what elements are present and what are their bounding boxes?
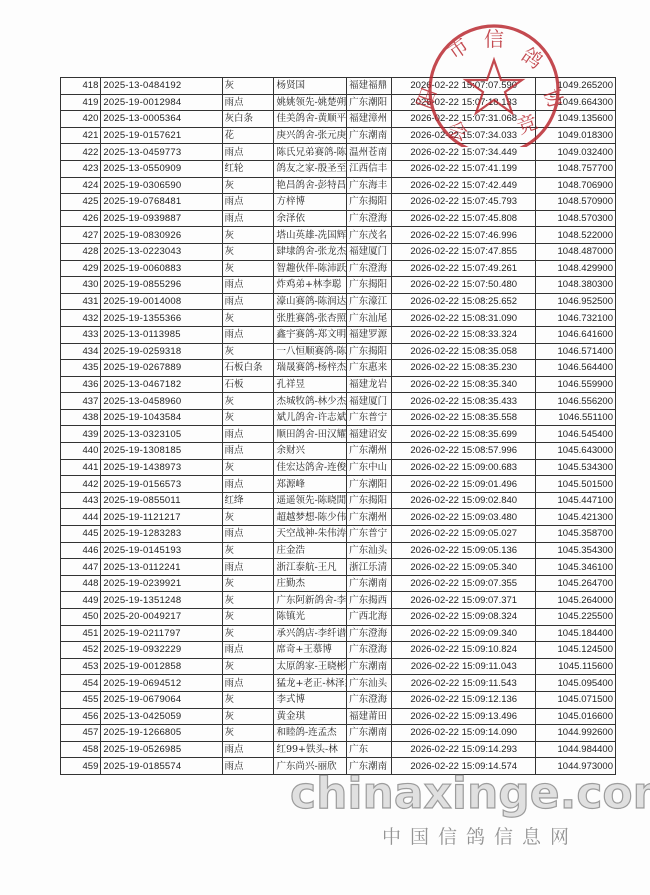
arrival-time-cell: 2026-02-22 15:07:07.590 — [392, 78, 536, 95]
speed-cell: 1045.346100 — [536, 559, 616, 576]
arrival-time-cell: 2026-02-22 15:09:14.293 — [392, 741, 536, 758]
owner-cell: 陈氏兄弟赛鸽-陈宗 — [274, 144, 347, 161]
table-row: 4412025-19-1438973灰佳宏达鸽舍-连俊宏广东中山2026-02-… — [61, 459, 616, 476]
arrival-time-cell: 2026-02-22 15:09:12.136 — [392, 691, 536, 708]
rank-cell: 436 — [61, 376, 101, 393]
arrival-time-cell: 2026-02-22 15:09:08.324 — [392, 609, 536, 626]
speed-cell: 1045.501500 — [536, 476, 616, 493]
owner-cell: 肆埭鸽舍-张龙杰 — [274, 243, 347, 260]
ring-number-cell: 2025-19-0211797 — [101, 625, 222, 642]
ring-number-cell: 2025-19-1308185 — [101, 443, 222, 460]
owner-cell: 瑞晟赛鸽-杨梓杰+ — [274, 360, 347, 377]
arrival-time-cell: 2026-02-22 15:09:05.136 — [392, 542, 536, 559]
plumage-color-cell: 灰 — [222, 243, 274, 260]
plumage-color-cell: 灰 — [222, 708, 274, 725]
table-row: 4352025-19-0267889石板白条瑞晟赛鸽-杨梓杰+广东惠来2026-… — [61, 360, 616, 377]
rank-cell: 439 — [61, 426, 101, 443]
ring-number-cell: 2025-19-0855011 — [101, 492, 222, 509]
table-row: 4422025-19-0156573雨点郑源峰广东潮阳2026-02-22 15… — [61, 476, 616, 493]
owner-cell: 张胜赛鸽-张杏照 — [274, 310, 347, 327]
speed-cell: 1045.643000 — [536, 443, 616, 460]
rank-cell: 420 — [61, 111, 101, 128]
owner-cell: 佳美鸽舍-黄顺平 — [274, 111, 347, 128]
speed-cell: 1045.184400 — [536, 625, 616, 642]
table-row: 4432025-19-0855011红绛遥遥领先-陈晓閒广东揭阳2026-02-… — [61, 492, 616, 509]
ring-number-cell: 2025-19-0526985 — [101, 741, 222, 758]
plumage-color-cell: 灰 — [222, 393, 274, 410]
region-cell: 广东揭阳 — [347, 194, 392, 211]
table-row: 4502025-20-0049217灰陈镇光广西北海2026-02-22 15:… — [61, 609, 616, 626]
table-row: 4182025-13-0484192灰杨贤国福建福鼎2026-02-22 15:… — [61, 78, 616, 95]
plumage-color-cell: 灰 — [222, 459, 274, 476]
owner-cell: 郑源峰 — [274, 476, 347, 493]
region-cell: 广西北海 — [347, 609, 392, 626]
owner-cell: 余泽依 — [274, 210, 347, 227]
plumage-color-cell: 雨点 — [222, 426, 274, 443]
rank-cell: 428 — [61, 243, 101, 260]
region-cell: 福建诏安 — [347, 426, 392, 443]
speed-cell: 1045.358700 — [536, 526, 616, 543]
rank-cell: 438 — [61, 409, 101, 426]
watermark-domain: chinaxinge.com — [290, 768, 650, 819]
plumage-color-cell: 灰 — [222, 725, 274, 742]
rank-cell: 445 — [61, 526, 101, 543]
arrival-time-cell: 2026-02-22 15:08:35.340 — [392, 376, 536, 393]
region-cell: 广东澄海 — [347, 642, 392, 659]
region-cell: 广东惠来 — [347, 360, 392, 377]
table-row: 4202025-13-0005364灰白条佳美鸽舍-黄顺平福建漳州2026-02… — [61, 111, 616, 128]
svg-text:信: 信 — [484, 27, 504, 51]
speed-cell: 1046.545400 — [536, 426, 616, 443]
speed-cell: 1048.522000 — [536, 227, 616, 244]
arrival-time-cell: 2026-02-22 15:07:45.808 — [392, 210, 536, 227]
region-cell: 广东潮南 — [347, 725, 392, 742]
rank-cell: 458 — [61, 741, 101, 758]
rank-cell: 421 — [61, 127, 101, 144]
plumage-color-cell: 雨点 — [222, 210, 274, 227]
table-row: 4302025-19-0855296雨点炸鸡弟+林李聪广东揭阳2026-02-2… — [61, 277, 616, 294]
ring-number-cell: 2025-13-0323105 — [101, 426, 222, 443]
speed-cell: 1045.264700 — [536, 575, 616, 592]
ring-number-cell: 2025-19-0768481 — [101, 194, 222, 211]
owner-cell: 杨贤国 — [274, 78, 347, 95]
table-row: 4552025-19-0679064灰李式博广东澄海2026-02-22 15:… — [61, 691, 616, 708]
speed-cell: 1046.952500 — [536, 293, 616, 310]
arrival-time-cell: 2026-02-22 15:07:45.793 — [392, 194, 536, 211]
rank-cell: 430 — [61, 277, 101, 294]
ring-number-cell: 2025-19-1121217 — [101, 509, 222, 526]
table-row: 4522025-19-0932229雨点席奇+王慕博广东澄海2026-02-22… — [61, 642, 616, 659]
svg-text:鸽: 鸽 — [517, 42, 547, 73]
region-cell: 广东潮阳 — [347, 94, 392, 111]
plumage-color-cell: 灰 — [222, 609, 274, 626]
plumage-color-cell: 花 — [222, 127, 274, 144]
arrival-time-cell: 2026-02-22 15:09:02.840 — [392, 492, 536, 509]
rank-cell: 424 — [61, 177, 101, 194]
speed-cell: 1049.265200 — [536, 78, 616, 95]
svg-text:市: 市 — [443, 33, 473, 64]
speed-cell: 1048.380300 — [536, 277, 616, 294]
arrival-time-cell: 2026-02-22 15:09:11.043 — [392, 658, 536, 675]
region-cell: 广东潮南 — [347, 658, 392, 675]
region-cell: 广东揭阳 — [347, 343, 392, 360]
rank-cell: 453 — [61, 658, 101, 675]
region-cell: 福建厦门 — [347, 393, 392, 410]
owner-cell: 艳昌鸽舍-彭特昌 — [274, 177, 347, 194]
plumage-color-cell: 雨点 — [222, 642, 274, 659]
speed-cell: 1045.016600 — [536, 708, 616, 725]
speed-cell: 1048.429900 — [536, 260, 616, 277]
arrival-time-cell: 2026-02-22 15:07:31.068 — [392, 111, 536, 128]
table-row: 4482025-19-0239921灰庄勤杰广东潮南2026-02-22 15:… — [61, 575, 616, 592]
table-row: 4252025-19-0768481雨点方梓博广东揭阳2026-02-22 15… — [61, 194, 616, 211]
ring-number-cell: 2025-19-0012858 — [101, 658, 222, 675]
region-cell: 浙江乐清 — [347, 559, 392, 576]
speed-cell: 1049.032400 — [536, 144, 616, 161]
ring-number-cell: 2025-19-0156573 — [101, 476, 222, 493]
speed-cell: 1046.564400 — [536, 360, 616, 377]
owner-cell: 庚兴鸽舍-张元庚 — [274, 127, 347, 144]
speed-cell: 1048.570900 — [536, 194, 616, 211]
region-cell: 广东潮州 — [347, 509, 392, 526]
arrival-time-cell: 2026-02-22 15:09:13.496 — [392, 708, 536, 725]
watermark-site-name: 中国信鸽信息网 — [382, 822, 578, 849]
region-cell: 广东澄海 — [347, 210, 392, 227]
table-row: 4392025-13-0323105雨点顺田鸽舍-田汉耀福建诏安2026-02-… — [61, 426, 616, 443]
region-cell: 广东汕头 — [347, 542, 392, 559]
owner-cell: 浙江泰航-王凡 — [274, 559, 347, 576]
rank-cell: 459 — [61, 758, 101, 775]
arrival-time-cell: 2026-02-22 15:07:47.855 — [392, 243, 536, 260]
table-row: 4472025-13-0112241雨点浙江泰航-王凡浙江乐清2026-02-2… — [61, 559, 616, 576]
arrival-time-cell: 2026-02-22 15:09:10.824 — [392, 642, 536, 659]
owner-cell: 庄勤杰 — [274, 575, 347, 592]
speed-cell: 1049.135600 — [536, 111, 616, 128]
ring-number-cell: 2025-13-0458960 — [101, 393, 222, 410]
table-row: 4562025-13-0425059灰黄金琪福建莆田2026-02-22 15:… — [61, 708, 616, 725]
speed-cell: 1045.124500 — [536, 642, 616, 659]
plumage-color-cell: 雨点 — [222, 326, 274, 343]
table-row: 4372025-13-0458960灰杰城牧鸽-林少杰+福建厦门2026-02-… — [61, 393, 616, 410]
speed-cell: 1045.354300 — [536, 542, 616, 559]
plumage-color-cell: 灰 — [222, 542, 274, 559]
speed-cell: 1049.018300 — [536, 127, 616, 144]
ring-number-cell: 2025-19-0157621 — [101, 127, 222, 144]
rank-cell: 440 — [61, 443, 101, 460]
plumage-color-cell: 雨点 — [222, 144, 274, 161]
arrival-time-cell: 2026-02-22 15:09:07.355 — [392, 575, 536, 592]
owner-cell: 和睦鸽-连孟杰 — [274, 725, 347, 742]
plumage-color-cell: 灰 — [222, 575, 274, 592]
rank-cell: 433 — [61, 326, 101, 343]
arrival-time-cell: 2026-02-22 15:07:34.033 — [392, 127, 536, 144]
rank-cell: 423 — [61, 160, 101, 177]
rank-cell: 442 — [61, 476, 101, 493]
rank-cell: 449 — [61, 592, 101, 609]
region-cell: 广东潮南 — [347, 127, 392, 144]
plumage-color-cell: 灰 — [222, 592, 274, 609]
region-cell: 广东汕头 — [347, 675, 392, 692]
table-row: 4382025-19-1043584灰斌儿鸽舍-许志斌+广东普宁2026-02-… — [61, 409, 616, 426]
owner-cell: 猛龙+老正-林泽斯 — [274, 675, 347, 692]
ring-number-cell: 2025-13-0112241 — [101, 559, 222, 576]
rank-cell: 446 — [61, 542, 101, 559]
speed-cell: 1045.447100 — [536, 492, 616, 509]
owner-cell: 孔祥昱 — [274, 376, 347, 393]
plumage-color-cell: 灰 — [222, 227, 274, 244]
table-row: 4272025-19-0830926灰塔山英雄-冼国辉广东茂名2026-02-2… — [61, 227, 616, 244]
owner-cell: 濠山赛鸽-陈润达 — [274, 293, 347, 310]
region-cell: 广东中山 — [347, 459, 392, 476]
speed-cell: 1045.115600 — [536, 658, 616, 675]
ring-number-cell: 2025-19-0679064 — [101, 691, 222, 708]
plumage-color-cell: 灰 — [222, 78, 274, 95]
arrival-time-cell: 2026-02-22 15:09:07.371 — [392, 592, 536, 609]
arrival-time-cell: 2026-02-22 15:08:31.090 — [392, 310, 536, 327]
plumage-color-cell: 雨点 — [222, 559, 274, 576]
ring-number-cell: 2025-19-0060883 — [101, 260, 222, 277]
plumage-color-cell: 灰 — [222, 310, 274, 327]
plumage-color-cell: 红轮 — [222, 160, 274, 177]
ring-number-cell: 2025-19-1351248 — [101, 592, 222, 609]
speed-cell: 1046.559900 — [536, 376, 616, 393]
rank-cell: 425 — [61, 194, 101, 211]
arrival-time-cell: 2026-02-22 15:08:33.324 — [392, 326, 536, 343]
rank-cell: 448 — [61, 575, 101, 592]
plumage-color-cell: 灰 — [222, 260, 274, 277]
ring-number-cell: 2025-19-0830926 — [101, 227, 222, 244]
region-cell: 广东海丰 — [347, 177, 392, 194]
region-cell: 福建莆田 — [347, 708, 392, 725]
speed-cell: 1046.551100 — [536, 409, 616, 426]
ring-number-cell: 2025-13-0459773 — [101, 144, 222, 161]
region-cell: 广东普宁 — [347, 526, 392, 543]
region-cell: 温州苍南 — [347, 144, 392, 161]
plumage-color-cell: 灰白条 — [222, 111, 274, 128]
arrival-time-cell: 2026-02-22 15:08:35.058 — [392, 343, 536, 360]
arrival-time-cell: 2026-02-22 15:08:25.652 — [392, 293, 536, 310]
rank-cell: 427 — [61, 227, 101, 244]
plumage-color-cell: 雨点 — [222, 741, 274, 758]
rank-cell: 432 — [61, 310, 101, 327]
rank-cell: 419 — [61, 94, 101, 111]
owner-cell: 一八恒顺赛鸽-陈少 — [274, 343, 347, 360]
plumage-color-cell: 雨点 — [222, 526, 274, 543]
rank-cell: 435 — [61, 360, 101, 377]
region-cell: 广东潮阳 — [347, 476, 392, 493]
plumage-color-cell: 雨点 — [222, 443, 274, 460]
rank-cell: 457 — [61, 725, 101, 742]
speed-cell: 1045.071500 — [536, 691, 616, 708]
speed-cell: 1048.487000 — [536, 243, 616, 260]
rank-cell: 441 — [61, 459, 101, 476]
region-cell: 福建龙岩 — [347, 376, 392, 393]
owner-cell: 天空战神-朱伟涛 — [274, 526, 347, 543]
ring-number-cell: 2025-19-0267889 — [101, 360, 222, 377]
region-cell: 江西信丰 — [347, 160, 392, 177]
owner-cell: 方梓博 — [274, 194, 347, 211]
table-row: 4492025-19-1351248灰广东阿新鸽舍-李志广东揭西2026-02-… — [61, 592, 616, 609]
table-row: 4262025-19-0939887雨点余泽依广东澄海2026-02-22 15… — [61, 210, 616, 227]
region-cell: 福建罗源 — [347, 326, 392, 343]
arrival-time-cell: 2026-02-22 15:08:57.996 — [392, 443, 536, 460]
rank-cell: 431 — [61, 293, 101, 310]
ring-number-cell: 2025-19-0259318 — [101, 343, 222, 360]
owner-cell: 李式博 — [274, 691, 347, 708]
owner-cell: 红99+铁头-林 — [274, 741, 347, 758]
ring-number-cell: 2025-19-0012984 — [101, 94, 222, 111]
owner-cell: 炸鸡弟+林李聪 — [274, 277, 347, 294]
region-cell: 广东揭西 — [347, 592, 392, 609]
table-row: 4452025-19-1283283雨点天空战神-朱伟涛广东普宁2026-02-… — [61, 526, 616, 543]
plumage-color-cell: 灰 — [222, 509, 274, 526]
arrival-time-cell: 2026-02-22 15:07:50.480 — [392, 277, 536, 294]
plumage-color-cell: 雨点 — [222, 194, 274, 211]
rank-cell: 426 — [61, 210, 101, 227]
rank-cell: 434 — [61, 343, 101, 360]
arrival-time-cell: 2026-02-22 15:09:11.543 — [392, 675, 536, 692]
speed-cell: 1046.571400 — [536, 343, 616, 360]
owner-cell: 余财兴 — [274, 443, 347, 460]
table-row: 4582025-19-0526985雨点红99+铁头-林广东2026-02-22… — [61, 741, 616, 758]
plumage-color-cell: 灰 — [222, 691, 274, 708]
rank-cell: 455 — [61, 691, 101, 708]
arrival-time-cell: 2026-02-22 15:09:01.496 — [392, 476, 536, 493]
speed-cell: 1044.992600 — [536, 725, 616, 742]
table-row: 4532025-19-0012858灰太原鸽家-王晓彬广东潮南2026-02-2… — [61, 658, 616, 675]
arrival-time-cell: 2026-02-22 15:07:46.996 — [392, 227, 536, 244]
region-cell: 广东揭阳 — [347, 277, 392, 294]
arrival-time-cell: 2026-02-22 15:08:35.433 — [392, 393, 536, 410]
region-cell: 广东 — [347, 741, 392, 758]
ring-number-cell: 2025-19-1355366 — [101, 310, 222, 327]
plumage-color-cell: 灰 — [222, 658, 274, 675]
ring-number-cell: 2025-19-0185574 — [101, 758, 222, 775]
plumage-color-cell: 灰 — [222, 625, 274, 642]
owner-cell: 姚姚领先-姚楚朔 — [274, 94, 347, 111]
rank-cell: 450 — [61, 609, 101, 626]
region-cell: 福建漳州 — [347, 111, 392, 128]
speed-cell: 1045.421300 — [536, 509, 616, 526]
region-cell: 广东澄海 — [347, 691, 392, 708]
plumage-color-cell: 雨点 — [222, 758, 274, 775]
ring-number-cell: 2025-19-1438973 — [101, 459, 222, 476]
table-row: 4402025-19-1308185雨点余财兴广东潮州2026-02-22 15… — [61, 443, 616, 460]
table-row: 4192025-19-0012984雨点姚姚领先-姚楚朔广东潮阳2026-02-… — [61, 94, 616, 111]
owner-cell: 斌儿鸽舍-许志斌+ — [274, 409, 347, 426]
ring-number-cell: 2025-19-1266805 — [101, 725, 222, 742]
region-cell: 广东濠江 — [347, 293, 392, 310]
rank-cell: 447 — [61, 559, 101, 576]
table-row: 4232025-13-0550909红轮鸽友之家-殷圣至江西信丰2026-02-… — [61, 160, 616, 177]
ring-number-cell: 2025-19-0855296 — [101, 277, 222, 294]
speed-cell: 1048.570300 — [536, 210, 616, 227]
rank-cell: 454 — [61, 675, 101, 692]
ring-number-cell: 2025-13-0550909 — [101, 160, 222, 177]
arrival-time-cell: 2026-02-22 15:08:35.230 — [392, 360, 536, 377]
plumage-color-cell: 石板白条 — [222, 360, 274, 377]
owner-cell: 塔山英雄-冼国辉 — [274, 227, 347, 244]
owner-cell: 鑫宇赛鸽-郑文明 — [274, 326, 347, 343]
table-row: 4222025-13-0459773雨点陈氏兄弟赛鸽-陈宗温州苍南2026-02… — [61, 144, 616, 161]
speed-cell: 1046.556200 — [536, 393, 616, 410]
owner-cell: 超越梦想-陈少伟 — [274, 509, 347, 526]
plumage-color-cell: 灰 — [222, 409, 274, 426]
table-row: 4312025-19-0014008雨点濠山赛鸽-陈润达广东濠江2026-02-… — [61, 293, 616, 310]
speed-cell: 1049.664300 — [536, 94, 616, 111]
speed-cell: 1046.641600 — [536, 326, 616, 343]
region-cell: 福建福鼎 — [347, 78, 392, 95]
region-cell: 广东普宁 — [347, 409, 392, 426]
plumage-color-cell: 红绛 — [222, 492, 274, 509]
table-row: 4342025-19-0259318灰一八恒顺赛鸽-陈少广东揭阳2026-02-… — [61, 343, 616, 360]
ring-number-cell: 2025-13-0113985 — [101, 326, 222, 343]
rank-cell: 429 — [61, 260, 101, 277]
arrival-time-cell: 2026-02-22 15:09:09.340 — [392, 625, 536, 642]
rank-cell: 452 — [61, 642, 101, 659]
owner-cell: 顺田鸽舍-田汉耀 — [274, 426, 347, 443]
plumage-color-cell: 雨点 — [222, 94, 274, 111]
arrival-time-cell: 2026-02-22 15:09:05.027 — [392, 526, 536, 543]
ring-number-cell: 2025-19-0239921 — [101, 575, 222, 592]
owner-cell: 佳宏达鸽舍-连俊宏 — [274, 459, 347, 476]
owner-cell: 陈镇光 — [274, 609, 347, 626]
ring-number-cell: 2025-13-0223043 — [101, 243, 222, 260]
arrival-time-cell: 2026-02-22 15:08:35.699 — [392, 426, 536, 443]
race-results-table: 4182025-13-0484192灰杨贤国福建福鼎2026-02-22 15:… — [60, 77, 616, 775]
table-row: 4212025-19-0157621花庚兴鸽舍-张元庚广东潮南2026-02-2… — [61, 127, 616, 144]
table-row: 4572025-19-1266805灰和睦鸽-连孟杰广东潮南2026-02-22… — [61, 725, 616, 742]
table-row: 4462025-19-0145193灰庄金浩广东汕头2026-02-22 15:… — [61, 542, 616, 559]
arrival-time-cell: 2026-02-22 15:07:34.449 — [392, 144, 536, 161]
region-cell: 广东茂名 — [347, 227, 392, 244]
region-cell: 福建厦门 — [347, 243, 392, 260]
ring-number-cell: 2025-13-0005364 — [101, 111, 222, 128]
speed-cell: 1046.732100 — [536, 310, 616, 327]
plumage-color-cell: 灰 — [222, 177, 274, 194]
scanned-document-page: 4182025-13-0484192灰杨贤国福建福鼎2026-02-22 15:… — [0, 0, 650, 895]
table-row: 4512025-19-0211797灰承兴鸽店-李纤谱广东澄海2026-02-2… — [61, 625, 616, 642]
region-cell: 广东汕尾 — [347, 310, 392, 327]
region-cell: 广东澄海 — [347, 625, 392, 642]
plumage-color-cell: 灰 — [222, 343, 274, 360]
owner-cell: 黄金琪 — [274, 708, 347, 725]
speed-cell: 1045.095400 — [536, 675, 616, 692]
owner-cell: 杰城牧鸽-林少杰+ — [274, 393, 347, 410]
region-cell: 广东潮南 — [347, 575, 392, 592]
ring-number-cell: 2025-19-1043584 — [101, 409, 222, 426]
ring-number-cell: 2025-19-0014008 — [101, 293, 222, 310]
speed-cell: 1044.984400 — [536, 741, 616, 758]
table-row: 4542025-19-0694512雨点猛龙+老正-林泽斯广东汕头2026-02… — [61, 675, 616, 692]
speed-cell: 1048.706900 — [536, 177, 616, 194]
rank-cell: 437 — [61, 393, 101, 410]
arrival-time-cell: 2026-02-22 15:09:00.683 — [392, 459, 536, 476]
table-row: 4282025-13-0223043灰肆埭鸽舍-张龙杰福建厦门2026-02-2… — [61, 243, 616, 260]
rank-cell: 444 — [61, 509, 101, 526]
ring-number-cell: 2025-13-0484192 — [101, 78, 222, 95]
ring-number-cell: 2025-19-0145193 — [101, 542, 222, 559]
owner-cell: 智趣伙伴-陈沛跃 — [274, 260, 347, 277]
owner-cell: 广东阿新鸽舍-李志 — [274, 592, 347, 609]
speed-cell: 1045.264000 — [536, 592, 616, 609]
owner-cell: 太原鸽家-王晓彬 — [274, 658, 347, 675]
arrival-time-cell: 2026-02-22 15:07:49.261 — [392, 260, 536, 277]
rank-cell: 422 — [61, 144, 101, 161]
table-row: 4242025-19-0306590灰艳昌鸽舍-彭特昌广东海丰2026-02-2… — [61, 177, 616, 194]
table-row: 4322025-19-1355366灰张胜赛鸽-张杏照广东汕尾2026-02-2… — [61, 310, 616, 327]
region-cell: 广东澄海 — [347, 260, 392, 277]
